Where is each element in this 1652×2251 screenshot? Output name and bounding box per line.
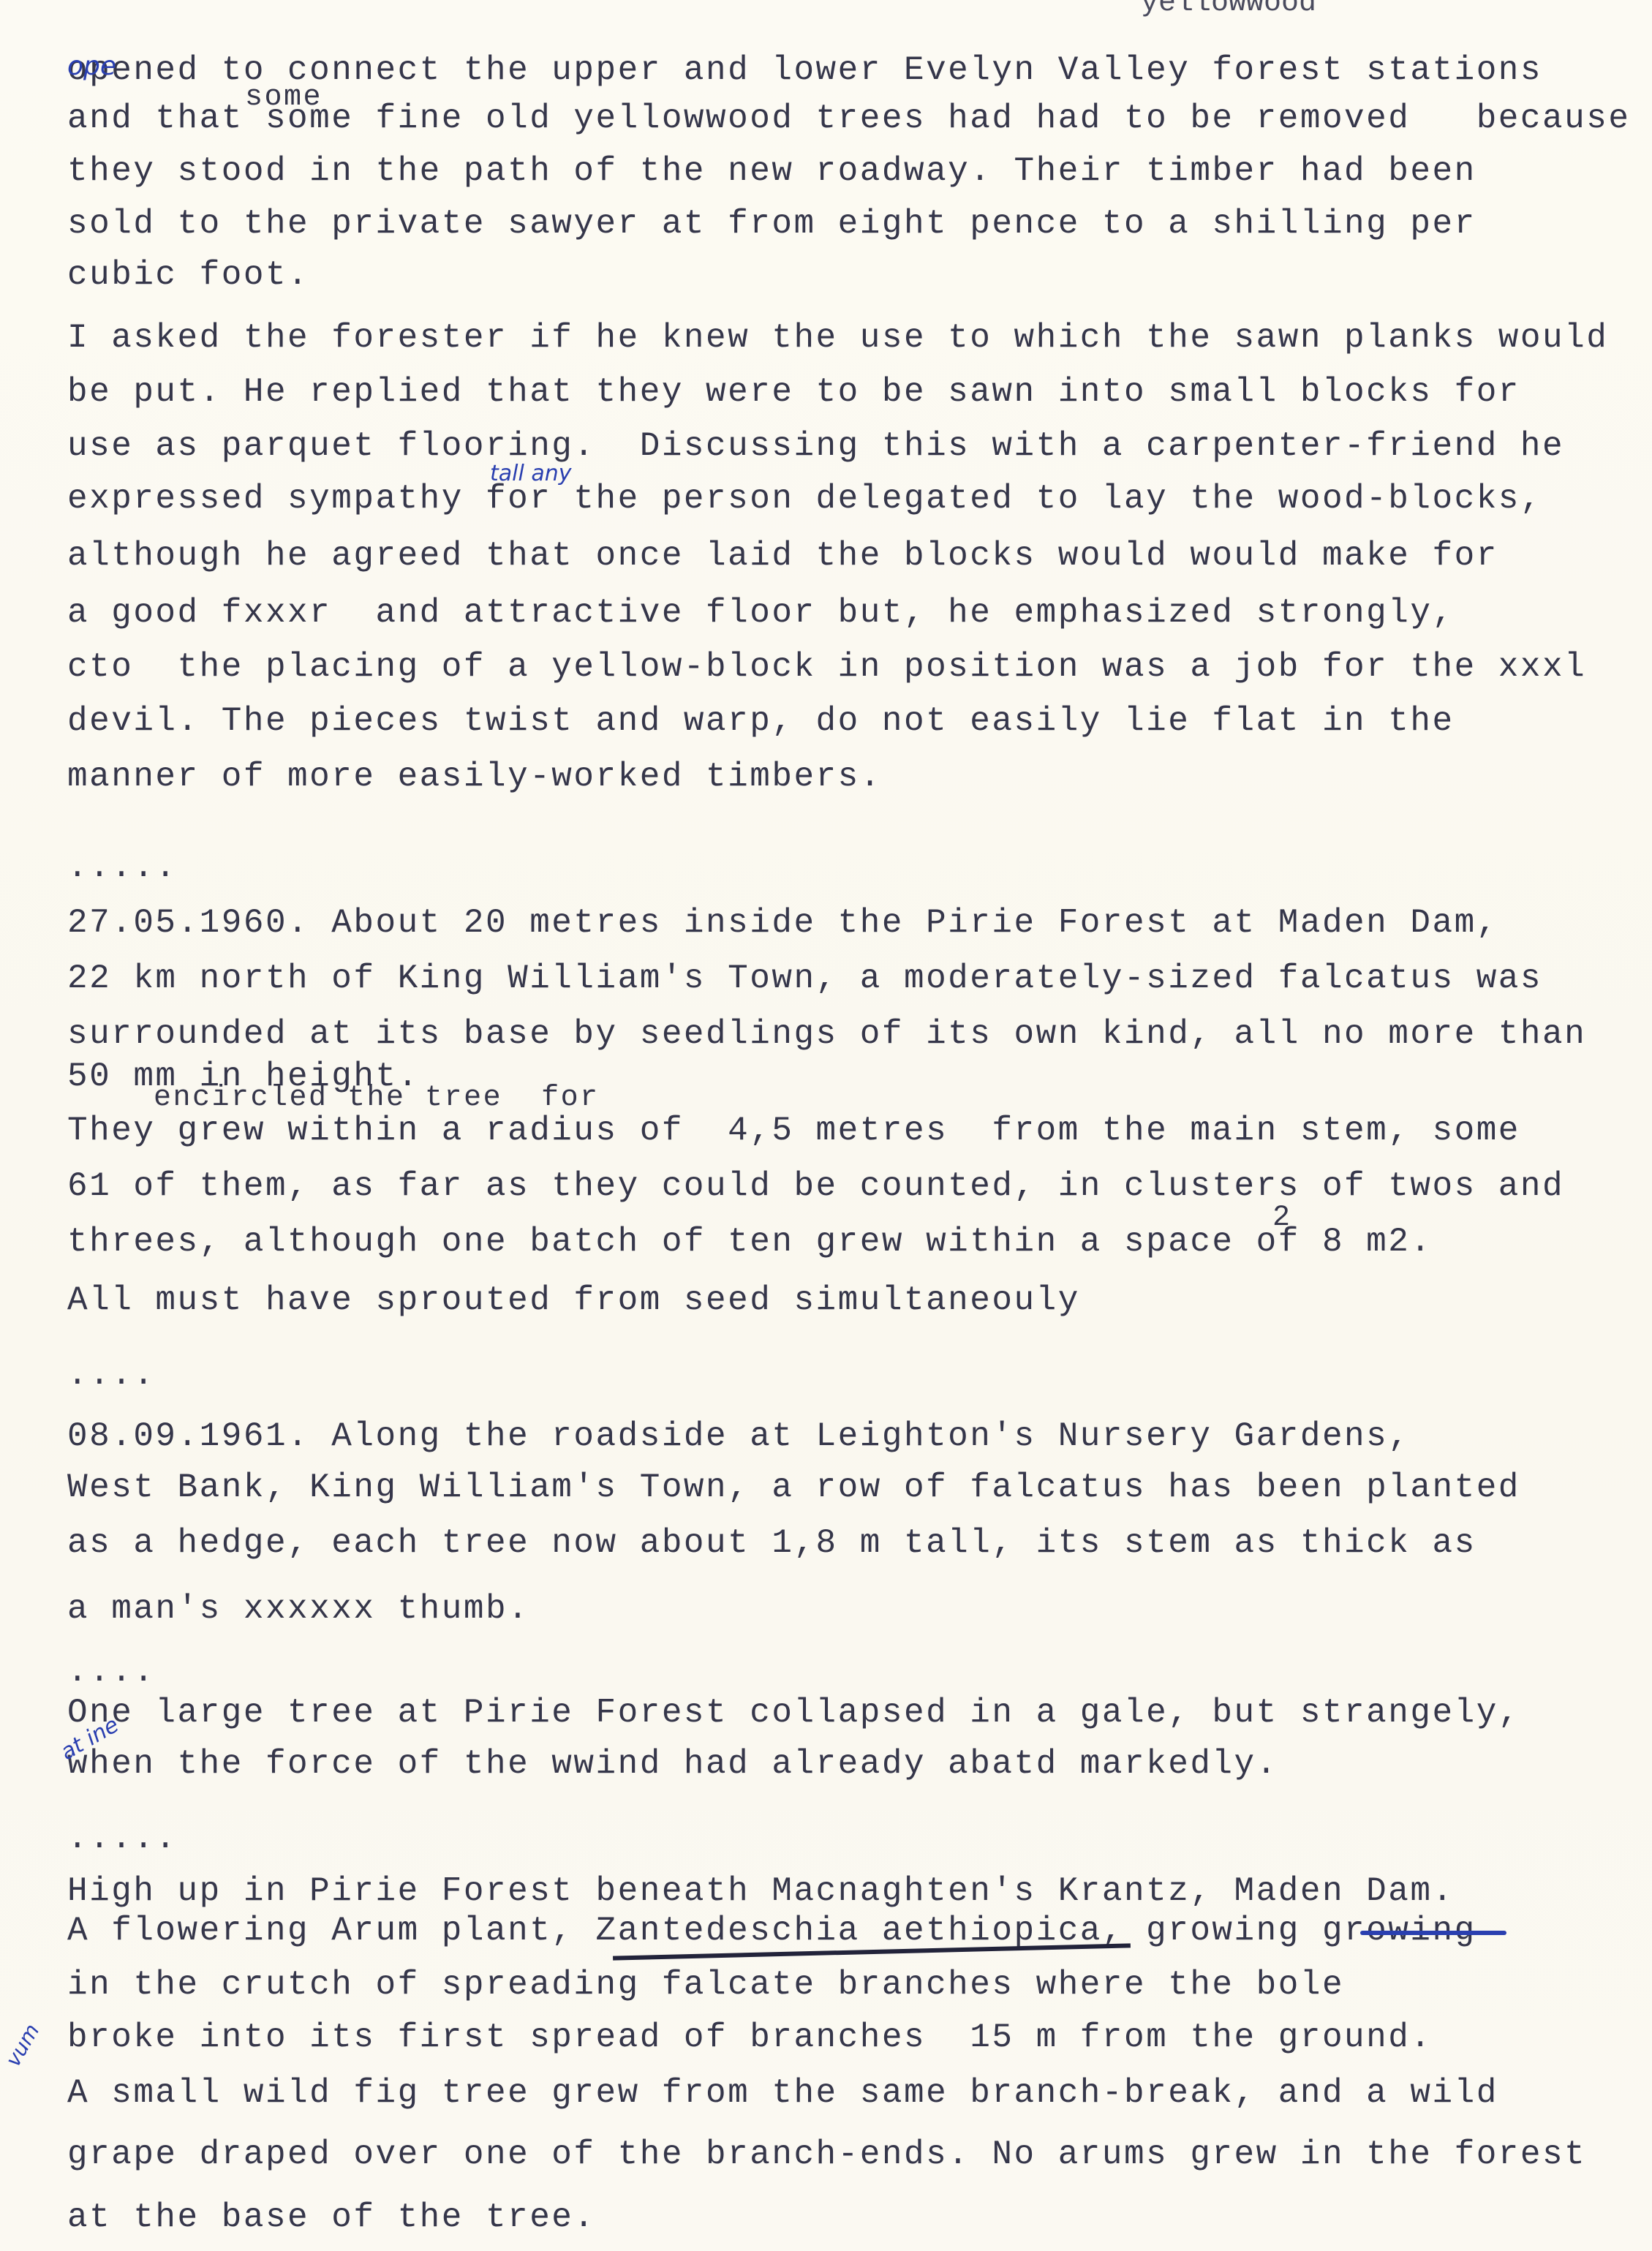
text-line-25: as a hedge, each tree now about 1,8 m ta… bbox=[67, 1524, 1476, 1562]
text-line-28: when the force of the wwind had already … bbox=[67, 1745, 1278, 1783]
text-line-24: West Bank, King William's Town, a row of… bbox=[67, 1468, 1520, 1507]
text-line-9: expressed sympathy for the person delega… bbox=[67, 480, 1542, 518]
text-line-35: at the base of the tree. bbox=[67, 2198, 596, 2236]
text-line-11: a good fxxxr and attractive floor but, h… bbox=[67, 594, 1455, 632]
text-line-26: a man's xxxxxx thumb. bbox=[67, 1590, 529, 1628]
text-line-15: 27.05.1960. About 20 metres inside the P… bbox=[67, 904, 1498, 942]
text-line-10: although he agreed that once laid the bl… bbox=[67, 537, 1498, 575]
text-line-34: grape draped over one of the branch-ends… bbox=[67, 2135, 1586, 2173]
text-line-16: 22 km north of King William's Town, a mo… bbox=[67, 959, 1542, 998]
text-line-6: I asked the forester if he knew the use … bbox=[67, 319, 1608, 357]
separator-dots: ..... bbox=[67, 1820, 178, 1858]
text-line-12: cto the placing of a yellow-block in pos… bbox=[67, 648, 1586, 686]
typed-insertion-encircled: encircled the tree for bbox=[154, 1079, 600, 1117]
text-line-14: manner of more easily-worked timbers. bbox=[67, 758, 882, 796]
text-line-7: be put. He replied that they were to be … bbox=[67, 373, 1520, 411]
text-line-22: All must have sprouted from seed simulta… bbox=[67, 1281, 1080, 1319]
text-line-21: threes, although one batch of ten grew w… bbox=[67, 1223, 1432, 1261]
separator-dots: .... bbox=[67, 1653, 155, 1691]
superscript-2: 2 bbox=[1272, 1199, 1292, 1237]
text-line-23: 08.09.1961. Along the roadside at Leight… bbox=[67, 1417, 1410, 1455]
text-line-32: broke into its first spread of branches … bbox=[67, 2018, 1432, 2056]
text-line-8: use as parquet flooring. Discussing this… bbox=[67, 427, 1564, 465]
text-line-13: devil. The pieces twist and warp, do not… bbox=[67, 702, 1455, 740]
text-line-31: in the crutch of spreading falcate branc… bbox=[67, 1966, 1344, 2004]
text-line-20: 61 of them, as far as they could be coun… bbox=[67, 1167, 1564, 1205]
handwritten-correction-ope: ope bbox=[67, 51, 116, 81]
text-line-27: One large tree at Pirie Forest collapsed… bbox=[67, 1694, 1520, 1732]
text-line-5: cubic foot. bbox=[67, 256, 309, 294]
page-header: yellowwood bbox=[1141, 0, 1316, 20]
separator-dots: .... bbox=[67, 1356, 155, 1394]
typed-insertion-some: some bbox=[245, 79, 323, 117]
text-line-29: High up in Pirie Forest beneath Macnaght… bbox=[67, 1872, 1455, 1910]
text-line-17: surrounded at its base by seedlings of i… bbox=[67, 1015, 1586, 1053]
text-line-33: A small wild fig tree grew from the same… bbox=[67, 2074, 1498, 2112]
text-line-30: A flowering Arum plant, Zantedeschia aet… bbox=[67, 1912, 1476, 1950]
text-line-3: they stood in the path of the new roadwa… bbox=[67, 152, 1476, 190]
separator-dots: ..... bbox=[67, 848, 178, 886]
handwritten-correction-tall-any: tall any bbox=[490, 461, 572, 486]
handwritten-strikethrough bbox=[1360, 1931, 1506, 1935]
text-line-4: sold to the private sawyer at from eight… bbox=[67, 205, 1476, 243]
